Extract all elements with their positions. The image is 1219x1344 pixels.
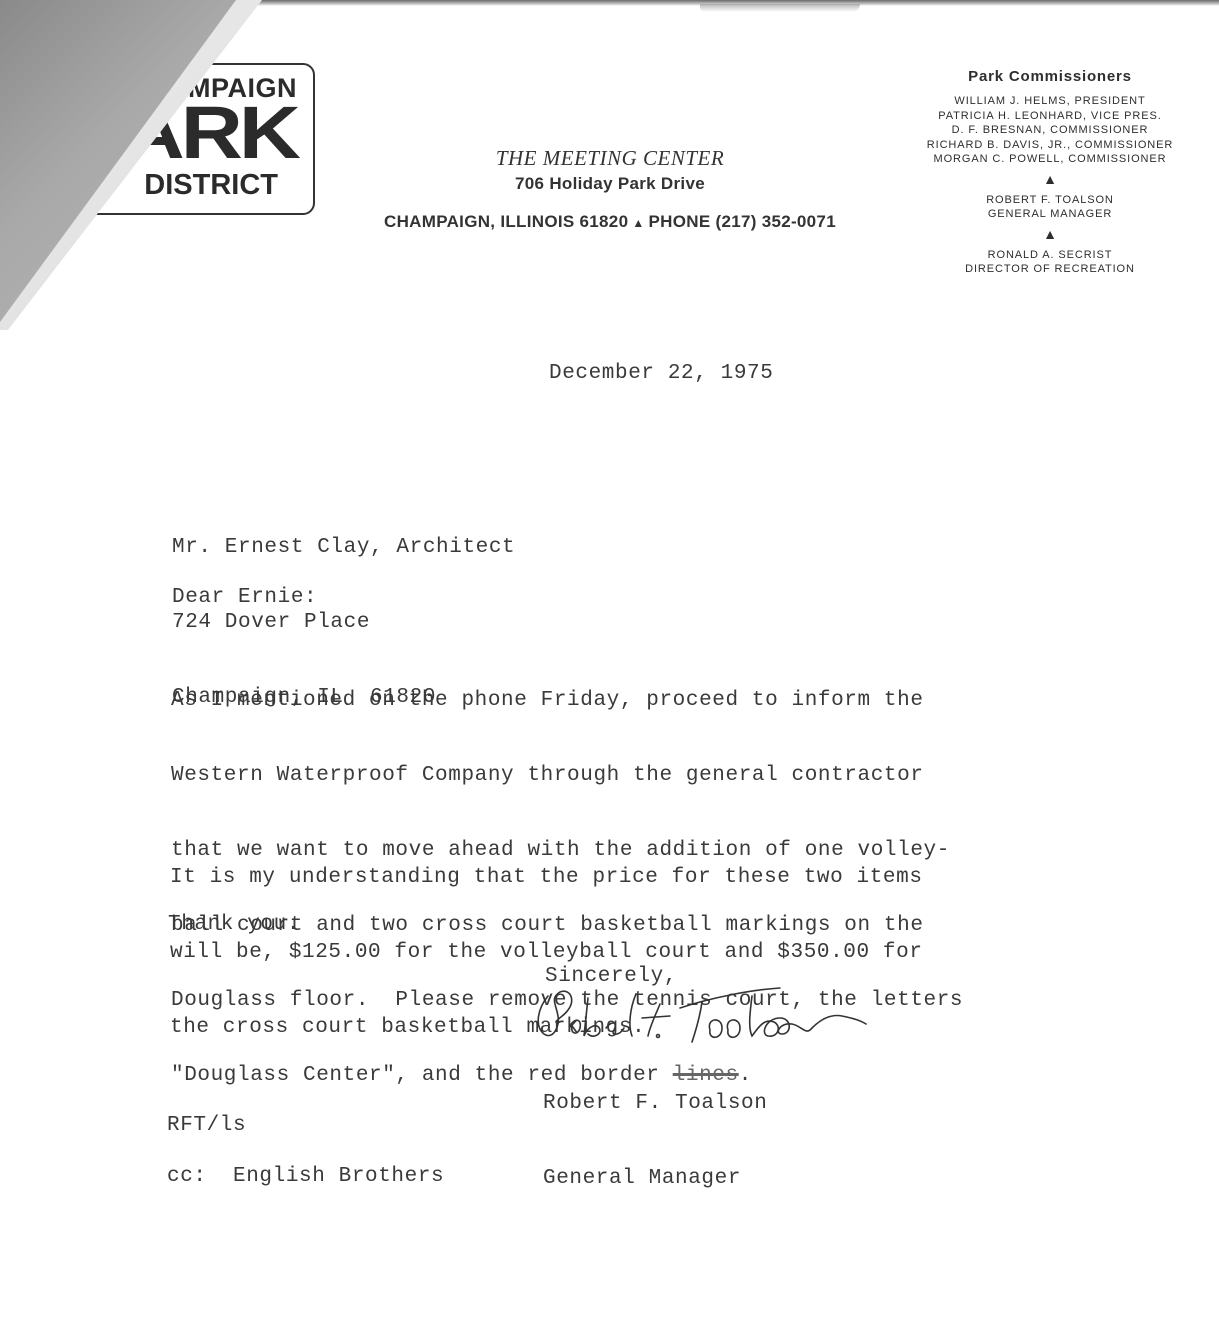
letterhead-address: THE MEETING CENTER 706 Holiday Park Driv… — [340, 146, 880, 232]
logo-line-district: DISTRICT — [144, 169, 278, 202]
recipient-line: 724 Dover Place — [172, 610, 515, 635]
general-manager-title: GENERAL MANAGER — [905, 207, 1195, 222]
body-line: will be, $125.00 for the volleyball cour… — [170, 940, 923, 965]
commissioners-block: Park Commissioners WILLIAM J. HELMS, PRE… — [905, 68, 1195, 277]
commissioners-heading: Park Commissioners — [905, 68, 1195, 85]
salutation: Dear Ernie: — [172, 585, 317, 610]
body-line: As I mentioned on the phone Friday, proc… — [171, 688, 963, 713]
commissioner-name: D. F. BRESNAN, COMMISSIONER — [905, 123, 1195, 138]
director-title: DIRECTOR OF RECREATION — [905, 262, 1195, 277]
venue-name: THE MEETING CENTER — [340, 146, 880, 171]
city-state-zip: CHAMPAIGN, ILLINOIS 61820 — [384, 212, 628, 231]
carbon-copy-line: cc: English Brothers — [167, 1164, 444, 1189]
signature-block: Robert F. Toalson General Manager — [543, 1041, 767, 1216]
commissioner-name: PATRICIA H. LEONHARD, VICE PRES. — [905, 109, 1195, 124]
city-phone-line: CHAMPAIGN, ILLINOIS 61820▲PHONE (217) 35… — [340, 212, 880, 232]
thanks-line: Thank you. — [168, 912, 300, 937]
general-manager-name: ROBERT F. TOALSON — [905, 193, 1195, 208]
commissioner-name: RICHARD B. DAVIS, JR., COMMISSIONER — [905, 138, 1195, 153]
commissioner-name: WILLIAM J. HELMS, PRESIDENT — [905, 94, 1195, 109]
body-line: Western Waterproof Company through the g… — [171, 763, 963, 788]
commissioner-name: MORGAN C. POWELL, COMMISSIONER — [905, 152, 1195, 167]
scan-top-edge-shadow — [700, 4, 860, 12]
director-name: RONALD A. SECRIST — [905, 248, 1195, 263]
recipient-line: Mr. Ernest Clay, Architect — [172, 535, 515, 560]
street-address: 706 Holiday Park Drive — [340, 174, 880, 194]
reference-initials: RFT/ls — [167, 1113, 246, 1138]
body-line: It is my understanding that the price fo… — [170, 865, 923, 890]
letter-date: December 22, 1975 — [549, 361, 773, 386]
triangle-icon: ▲ — [632, 216, 644, 230]
signer-name: Robert F. Toalson — [543, 1091, 767, 1116]
handwritten-signature — [530, 978, 880, 1048]
triangle-icon: ▲ — [905, 171, 1195, 187]
phone-number: PHONE (217) 352-0071 — [649, 212, 836, 231]
signer-title: General Manager — [543, 1166, 767, 1191]
triangle-icon: ▲ — [905, 226, 1195, 242]
